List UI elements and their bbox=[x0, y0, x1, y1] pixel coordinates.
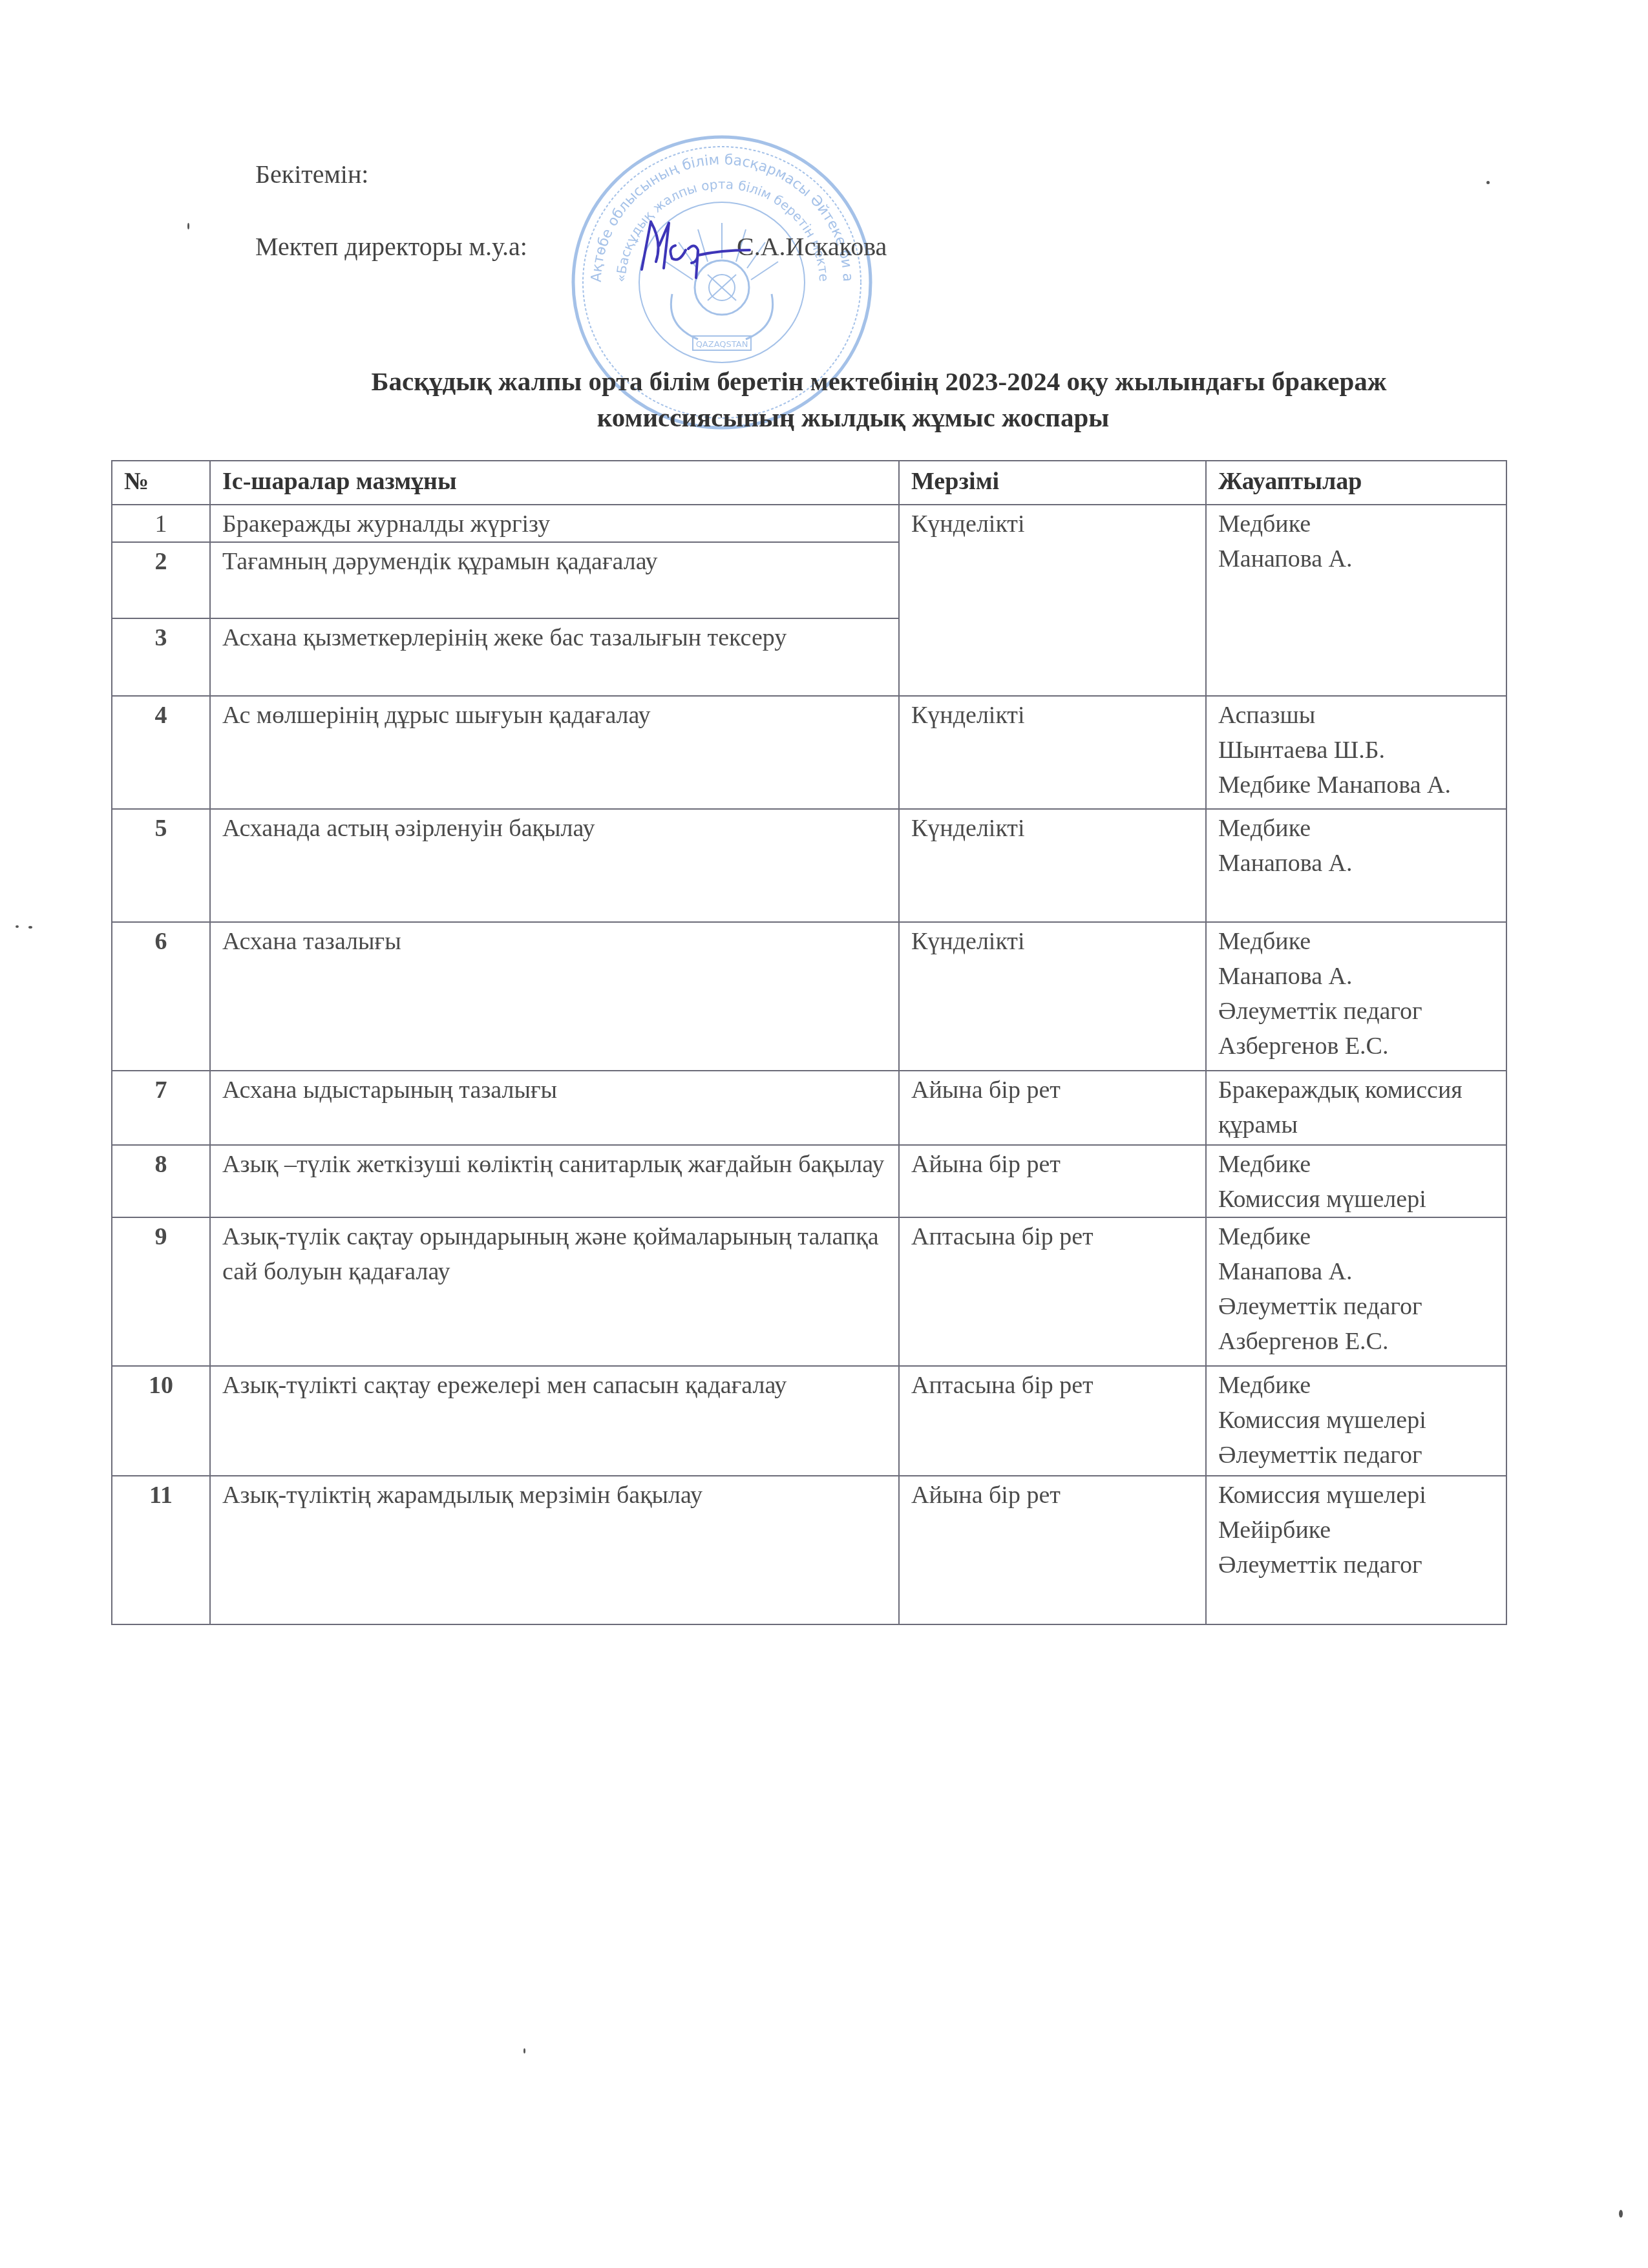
scan-speck bbox=[523, 2048, 525, 2053]
table-row: 5 Асханада астың әзірленуін бақылау Күнд… bbox=[112, 809, 1506, 922]
responsible-line: Медбике bbox=[1218, 811, 1499, 846]
row-activity: Асхана ыдыстарының тазалығы bbox=[210, 1071, 899, 1145]
row-activity: Асхана тазалығы bbox=[210, 922, 899, 1071]
table-row: 6 Асхана тазалығы Күнделікті Медбике Ман… bbox=[112, 922, 1506, 1071]
row-term: Айына бір рет bbox=[899, 1071, 1206, 1145]
scan-speck bbox=[1486, 181, 1490, 184]
signature-icon bbox=[637, 210, 753, 281]
row-num: 9 bbox=[112, 1217, 210, 1366]
responsible-line: Шынтаева Ш.Б. bbox=[1218, 733, 1499, 768]
row-term: Күнделікті bbox=[899, 505, 1206, 696]
row-responsible: Бракераждық комиссия құрамы bbox=[1206, 1071, 1506, 1145]
row-activity: Азық –түлік жеткізуші көліктің санитарлы… bbox=[210, 1145, 899, 1217]
row-activity: Асхана қызметкерлерінің жеке бас тазалығ… bbox=[210, 618, 899, 696]
responsible-line: Азбергенов Е.С. bbox=[1218, 1324, 1499, 1359]
table-row: 9 Азық-түлік сақтау орындарының және қой… bbox=[112, 1217, 1506, 1366]
director-position: Мектеп директоры м.у.а: bbox=[255, 234, 527, 260]
responsible-line: Әлеуметтік педагог bbox=[1218, 1438, 1499, 1473]
row-num: 3 bbox=[112, 618, 210, 696]
title-line-2: комиссиясының жылдық жұмыс жоспары bbox=[597, 403, 1110, 432]
responsible-line: Медбике bbox=[1218, 1219, 1499, 1254]
header-num: № bbox=[112, 461, 210, 505]
row-activity: Азық-түлікті сақтау ережелері мен сапасы… bbox=[210, 1366, 899, 1476]
responsible-line: Медбике bbox=[1218, 507, 1499, 541]
row-responsible: Медбике Манапова А. Әлеуметтік педагог А… bbox=[1206, 1217, 1506, 1366]
row-num: 1 bbox=[112, 505, 210, 542]
row-activity: Асханада астың әзірленуін бақылау bbox=[210, 809, 899, 922]
header-term: Мерзімі bbox=[899, 461, 1206, 505]
row-responsible: Комиссия мүшелері Мейірбике Әлеуметтік п… bbox=[1206, 1476, 1506, 1624]
responsible-line: Комиссия мүшелері bbox=[1218, 1403, 1499, 1438]
responsible-line: Әлеуметтік педагог bbox=[1218, 1289, 1499, 1324]
responsible-line: Комиссия мүшелері bbox=[1218, 1182, 1499, 1217]
responsible-line: Комиссия мүшелері bbox=[1218, 1478, 1499, 1513]
table-row: 10 Азық-түлікті сақтау ережелері мен сап… bbox=[112, 1366, 1506, 1476]
table-row: 4 Ас мөлшерінің дұрыс шығуын қадағалау К… bbox=[112, 696, 1506, 809]
row-num: 11 bbox=[112, 1476, 210, 1624]
row-responsible: Медбике Комиссия мүшелері bbox=[1206, 1145, 1506, 1217]
row-activity: Азық-түліктің жарамдылық мерзімін бақыла… bbox=[210, 1476, 899, 1624]
stamp-emblem-label: QAZAQSTAN bbox=[696, 340, 748, 350]
table-row: 8 Азық –түлік жеткізуші көліктің санитар… bbox=[112, 1145, 1506, 1217]
row-term: Күнделікті bbox=[899, 809, 1206, 922]
responsible-line: Мейірбике bbox=[1218, 1513, 1499, 1548]
scan-speck bbox=[16, 925, 19, 928]
title-line-1: Басқұдық жалпы орта білім беретін мектеб… bbox=[194, 363, 1512, 399]
header-activity: Іс-шаралар мазмұны bbox=[210, 461, 899, 505]
header-responsible: Жауаптылар bbox=[1206, 461, 1506, 505]
responsible-line: Манапова А. bbox=[1218, 541, 1499, 576]
responsible-line: Бракераждық комиссия құрамы bbox=[1218, 1073, 1499, 1142]
responsible-line: Азбергенов Е.С. bbox=[1218, 1029, 1499, 1064]
scan-speck bbox=[187, 223, 189, 229]
table-header-row: № Іс-шаралар мазмұны Мерзімі Жауаптылар bbox=[112, 461, 1506, 505]
row-responsible: Аспазшы Шынтаева Ш.Б. Медбике Манапова А… bbox=[1206, 696, 1506, 809]
row-responsible: Медбике Манапова А. bbox=[1206, 505, 1506, 696]
table-row: 7 Асхана ыдыстарының тазалығы Айына бір … bbox=[112, 1071, 1506, 1145]
row-term: Айына бір рет bbox=[899, 1476, 1206, 1624]
responsible-line: Әлеуметтік педагог bbox=[1218, 994, 1499, 1029]
row-term: Айына бір рет bbox=[899, 1145, 1206, 1217]
approval-label: Бекітемін: bbox=[255, 162, 368, 187]
row-term: Күнделікті bbox=[899, 922, 1206, 1071]
row-num: 8 bbox=[112, 1145, 210, 1217]
scan-speck bbox=[28, 926, 32, 929]
row-responsible: Медбике Манапова А. Әлеуметтік педагог А… bbox=[1206, 922, 1506, 1071]
row-activity: Тағамның дәрумендік құрамын қадағалау bbox=[210, 542, 899, 618]
responsible-line: Манапова А. bbox=[1218, 846, 1499, 881]
director-name: С.А.Искакова bbox=[737, 234, 887, 260]
row-num: 4 bbox=[112, 696, 210, 809]
row-activity: Ас мөлшерінің дұрыс шығуын қадағалау bbox=[210, 696, 899, 809]
row-term: Аптасына бір рет bbox=[899, 1217, 1206, 1366]
document-title: Басқұдық жалпы орта білім беретін мектеб… bbox=[194, 363, 1512, 436]
responsible-line: Медбике bbox=[1218, 1147, 1499, 1182]
work-plan-table: № Іс-шаралар мазмұны Мерзімі Жауаптылар … bbox=[111, 460, 1507, 1625]
row-term: Аптасына бір рет bbox=[899, 1366, 1206, 1476]
responsible-line: Аспазшы bbox=[1218, 698, 1499, 733]
responsible-line: Әлеуметтік педагог bbox=[1218, 1548, 1499, 1582]
row-responsible: Медбике Манапова А. bbox=[1206, 809, 1506, 922]
row-num: 2 bbox=[112, 542, 210, 618]
row-num: 6 bbox=[112, 922, 210, 1071]
row-activity: Бракеражды журналды жүргізу bbox=[210, 505, 899, 542]
responsible-line: Медбике bbox=[1218, 924, 1499, 959]
table-row: 1 Бракеражды журналды жүргізу Күнделікті… bbox=[112, 505, 1506, 542]
responsible-line: Медбике Манапова А. bbox=[1218, 768, 1499, 803]
row-num: 7 bbox=[112, 1071, 210, 1145]
responsible-line: Манапова А. bbox=[1218, 959, 1499, 994]
row-num: 10 bbox=[112, 1366, 210, 1476]
scan-speck bbox=[1619, 2210, 1623, 2218]
row-activity: Азық-түлік сақтау орындарының және қойма… bbox=[210, 1217, 899, 1366]
responsible-line: Манапова А. bbox=[1218, 1254, 1499, 1289]
row-responsible: Медбике Комиссия мүшелері Әлеуметтік пед… bbox=[1206, 1366, 1506, 1476]
table-row: 11 Азық-түліктің жарамдылық мерзімін бақ… bbox=[112, 1476, 1506, 1624]
document-page: Ақтөбе облысының білім басқармасы Әйтеке… bbox=[0, 0, 1648, 2268]
responsible-line: Медбике bbox=[1218, 1368, 1499, 1403]
row-term: Күнделікті bbox=[899, 696, 1206, 809]
row-num: 5 bbox=[112, 809, 210, 922]
